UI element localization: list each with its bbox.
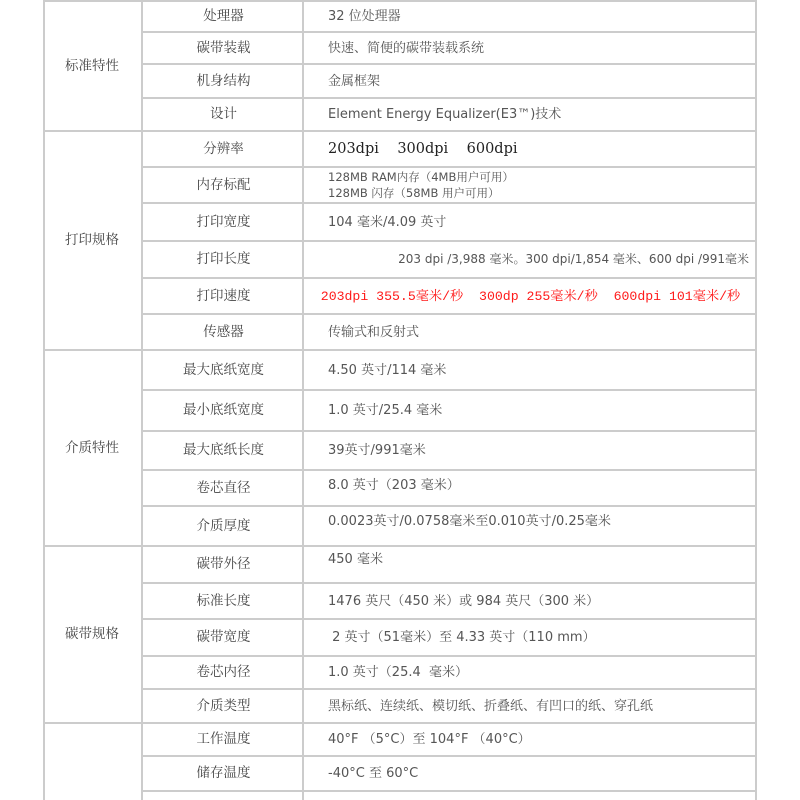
row-label: 设计 <box>143 99 304 130</box>
row-label: 碳带装载 <box>143 33 304 63</box>
group-label-ribbon-specs: 碳带规格 <box>43 547 141 722</box>
memory-line-flash: 128MB 闪存（58MB 用户可用） <box>328 185 500 201</box>
row-value: 1.0 英寸（25.4 毫米） <box>306 657 755 688</box>
group-label-print-specs: 打印规格 <box>43 132 141 349</box>
row-label: 工作温度 <box>143 724 304 755</box>
row-label: 处理器 <box>143 2 304 31</box>
row-value: 金属框架 <box>306 65 755 97</box>
row-label: 打印速度 <box>143 279 304 313</box>
row-value: 黑标纸、连续纸、模切纸、折叠纸、有凹口的纸、穿孔纸 <box>306 690 755 722</box>
row-value: 40°F （5°C）至 104°F （40°C） <box>306 724 755 755</box>
row-value: Element Energy Equalizer(E3™)技术 <box>306 99 755 130</box>
group-label-standard-features: 标准特性 <box>43 2 141 130</box>
row-value: 39英寸/991毫米 <box>306 432 755 469</box>
row-value: 4.50 英寸/114 毫米 <box>306 351 755 389</box>
table-border-right <box>755 0 757 800</box>
row-label: 最大底纸宽度 <box>143 351 304 389</box>
row-label: 卷芯直径 <box>143 471 304 505</box>
row-value: 1.0 英寸/25.4 毫米 <box>306 391 755 430</box>
row-value: 1476 英尺（450 米）或 984 英尺（300 米） <box>306 584 755 618</box>
row-label: 标准长度 <box>143 584 304 618</box>
row-label: 传感器 <box>143 315 304 349</box>
row-label: 最小底纸宽度 <box>143 391 304 430</box>
row-label: 打印长度 <box>143 242 304 277</box>
row-value-print-length: 203 dpi /3,988 毫米。300 dpi/1,854 毫米、600 d… <box>306 242 755 277</box>
row-label: 最大底纸长度 <box>143 432 304 469</box>
row-value: 32 位处理器 <box>306 2 755 31</box>
row-value: 快速、简便的碳带装载系统 <box>306 33 755 63</box>
row-label: 机身结构 <box>143 65 304 97</box>
row-label: 碳带外径 <box>143 547 304 582</box>
row-label: 储存温度 <box>143 757 304 790</box>
row-value-print-speed: 203dpi 355.5毫米/秒 300dp 255毫米/秒 600dpi 10… <box>306 279 755 313</box>
row-divider <box>141 790 757 792</box>
group-label-environment <box>43 724 141 800</box>
row-label: 打印宽度 <box>143 204 304 240</box>
spec-table: 标准特性 处理器 32 位处理器 碳带装载 快速、简便的碳带装载系统 机身结构 … <box>43 0 755 800</box>
row-value: 104 毫米/4.09 英寸 <box>306 204 755 240</box>
row-label: 分辨率 <box>143 132 304 166</box>
row-label: 介质厚度 <box>143 507 304 545</box>
row-label: 卷芯内径 <box>143 657 304 688</box>
row-value: 2 英寸（51毫米）至 4.33 英寸（110 mm） <box>306 620 755 655</box>
row-label: 内存标配 <box>143 168 304 202</box>
row-value: 450 毫米 <box>306 547 755 582</box>
row-value: 传输式和反射式 <box>306 315 755 349</box>
row-value: 8.0 英寸（203 毫米） <box>306 471 755 505</box>
memory-line-ram: 128MB RAM内存（4MB用户可用） <box>328 169 514 185</box>
row-label: 碳带宽度 <box>143 620 304 655</box>
row-value: -40°C 至 60°C <box>306 757 755 790</box>
row-value-memory: 128MB RAM内存（4MB用户可用） 128MB 闪存（58MB 用户可用） <box>306 168 755 202</box>
row-value-resolution: 203dpi 300dpi 600dpi <box>306 132 755 166</box>
row-value: 0.0023英寸/0.0758毫米至0.010英寸/0.25毫米 <box>306 507 755 545</box>
group-label-media-features: 介质特性 <box>43 351 141 545</box>
row-label: 介质类型 <box>143 690 304 722</box>
